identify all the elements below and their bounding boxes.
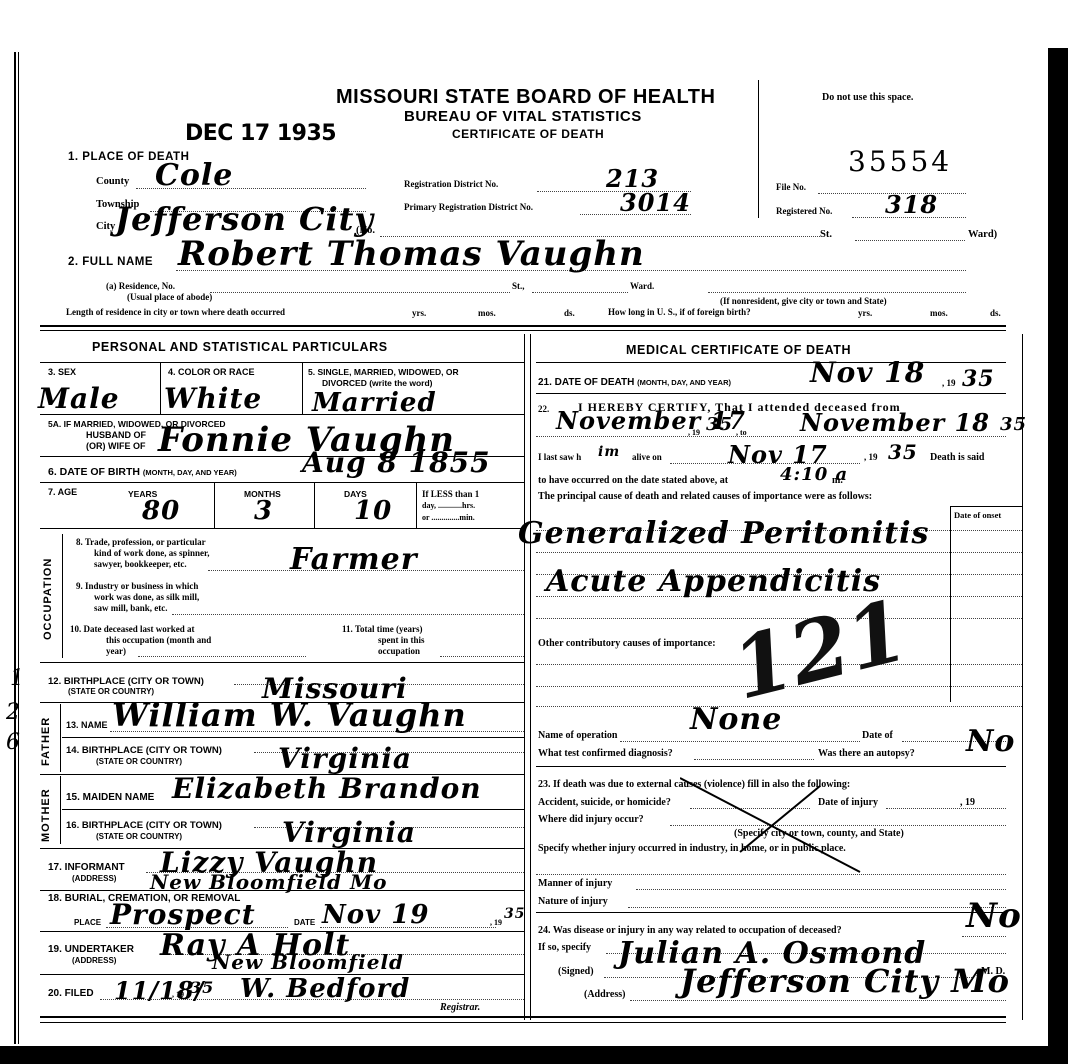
specify-location-line [536, 874, 1006, 875]
last-worked-label-3: year) [106, 646, 126, 656]
age-years-value: 80 [142, 496, 180, 526]
date-of-death-label: 21. DATE OF DEATH (MONTH, DAY, AND YEAR) [538, 377, 731, 388]
father-birthplace-label: 14. BIRTHPLACE (CITY OR TOWN) [66, 745, 222, 756]
mother-birthplace-value: Virginia [282, 816, 416, 849]
bottom-rule-2 [40, 1022, 1006, 1023]
total-time-label-3: occupation [378, 646, 420, 656]
right-border [1022, 334, 1023, 1020]
address-label: (Address) [584, 989, 625, 1000]
age-col-3 [416, 482, 417, 528]
date-of-death-value: Nov 18 [810, 356, 925, 389]
last-saw-text: I last saw h [538, 452, 581, 462]
maiden-name-label: 15. MAIDEN NAME [66, 792, 154, 803]
maiden-name-rule [62, 809, 524, 810]
to-year-value: 35 [1000, 414, 1027, 435]
form-name: CERTIFICATE OF DEATH [452, 127, 604, 141]
center-divider-right [530, 334, 531, 1020]
foreign-ds-label: ds. [990, 308, 1001, 318]
undertaker-label: 19. UNDERTAKER [48, 944, 134, 955]
accident-label: Accident, suicide, or homicide? [538, 797, 671, 808]
registration-district-label: Registration District No. [404, 179, 498, 189]
crossout-x-mark [680, 774, 910, 874]
informant-sublabel: (ADDRESS) [72, 874, 116, 883]
left-border-inner [18, 52, 19, 1044]
dod-label-sub: (MONTH, DAY, AND YEAR) [637, 378, 731, 387]
length-mos-label: mos. [478, 308, 496, 318]
external-rule [536, 912, 1006, 913]
occurred-label: to have occurred on the date stated abov… [538, 475, 728, 486]
operation-label: Name of operation [538, 730, 617, 741]
manner-of-injury-label: Manner of injury [538, 878, 612, 889]
residence-ward-label: Ward. [630, 281, 654, 291]
father-name-rule [62, 737, 524, 738]
industry-label-1: 9. Industry or business in which [76, 581, 198, 591]
trade-label-2: kind of work done, as spinner, [94, 548, 209, 558]
burial-date-label: DATE [294, 918, 315, 927]
from-19-label: , 19 [688, 428, 700, 437]
cause-line-2 [536, 552, 1022, 553]
burial-year-value: 35 [504, 906, 525, 922]
do-not-use-note: Do not use this space. [822, 92, 913, 103]
birthplace-sublabel: (STATE OR COUNTRY) [68, 687, 154, 696]
onset-label: Date of onset [954, 510, 1001, 520]
occupation-related-label: 24. Was disease or injury in any way rel… [538, 925, 842, 936]
last-worked-line [138, 656, 306, 657]
sex-value: Male [38, 382, 120, 415]
spouse-label-2: HUSBAND OF [86, 430, 146, 440]
race-marital-divider [302, 362, 303, 414]
total-time-label-2: spent in this [378, 635, 425, 645]
less-than-label-2: day, ............hrs. [422, 501, 475, 510]
undertaker-address: New Bloomfield [212, 950, 404, 974]
filed-year-value: 35 [190, 978, 214, 997]
code-stamp: 121 [723, 580, 917, 718]
father-birthplace-value: Virginia [278, 742, 412, 775]
occupation-rule [40, 662, 524, 663]
row-3-rule [40, 414, 524, 415]
county-value: Cole [155, 158, 233, 193]
contributory-label: Other contributory causes of importance: [538, 638, 716, 649]
foreign-yrs-label: yrs. [858, 308, 872, 318]
header-rule-2 [40, 330, 1006, 331]
filed-year-prefix: , 19 [172, 990, 184, 999]
age-col-2 [314, 482, 315, 528]
dod-label-main: 21. DATE OF DEATH [538, 377, 634, 388]
marital-label-1: 5. SINGLE, MARRIED, WIDOWED, OR [308, 367, 459, 377]
occupation-related-value: No [966, 896, 1022, 936]
bottom-rule [40, 1016, 1006, 1018]
foreign-birth-label: How long in U. S., if of foreign birth? [608, 307, 751, 317]
dob-label-sub: (MONTH, DAY, AND YEAR) [143, 468, 237, 477]
ward-label: Ward) [968, 229, 997, 240]
trade-label-1: 8. Trade, profession, or particular [76, 537, 206, 547]
marital-label-2: DIVORCED (write the word) [322, 378, 433, 388]
injury-year-label: , 19 [960, 797, 975, 808]
length-of-residence-label: Length of residence in city or town wher… [66, 307, 285, 317]
burial-place-value: Prospect [110, 898, 256, 931]
certify-number: 22. [538, 404, 549, 414]
trade-label-3: sawyer, bookkeeper, etc. [94, 559, 187, 569]
age-days-value: 10 [354, 496, 392, 526]
operation-value: None [690, 702, 782, 737]
age-label: 7. AGE [48, 487, 77, 497]
age-months-value: 3 [254, 496, 273, 526]
dod-rule [536, 393, 1006, 394]
causes-label: The principal cause of death and related… [538, 491, 872, 502]
city-value: Jefferson City [115, 200, 374, 238]
medical-heading: MEDICAL CERTIFICATE OF DEATH [626, 343, 851, 357]
row-7-rule [40, 528, 524, 529]
to-label: , to [736, 428, 747, 437]
residence-st-label: St., [512, 281, 525, 291]
full-name-label: 2. FULL NAME [68, 256, 153, 268]
industry-label-3: saw mill, bank, etc. [94, 603, 168, 613]
burial-date-value: Nov 19 [322, 900, 429, 930]
last-saw-pronoun: im [598, 444, 620, 460]
dob-label-main: 6. DATE OF BIRTH [48, 466, 140, 478]
registrar-label: Registrar. [440, 1002, 480, 1013]
address-line [630, 1000, 1006, 1001]
father-bar [60, 704, 61, 772]
onset-column-divider [950, 506, 951, 702]
file-no-label: File No. [776, 182, 806, 192]
foreign-mos-label: mos. [930, 308, 948, 318]
nature-line [628, 907, 1006, 908]
personal-heading: PERSONAL AND STATISTICAL PARTICULARS [92, 340, 388, 354]
operation-line [620, 741, 860, 742]
attended-to-value: November 18 [800, 408, 990, 437]
industry-line [172, 614, 524, 615]
time-suffix: m. [832, 475, 843, 486]
medical-heading-rule [536, 362, 1006, 363]
sex-race-divider [160, 362, 161, 414]
ward-line [855, 240, 965, 241]
father-birthplace-sublabel: (STATE OR COUNTRY) [96, 757, 182, 766]
less-than-label-3: or ..............min. [422, 513, 475, 522]
race-value: White [164, 382, 262, 415]
maiden-name-value: Elizabeth Brandon [172, 772, 482, 805]
father-name-label: 13. NAME [66, 720, 108, 730]
last-worked-label-2: this occupation (month and [106, 635, 211, 645]
primary-registration-value: 3014 [620, 188, 691, 217]
cause-2-value: Acute Appendicitis [546, 564, 881, 599]
row-6-rule [40, 482, 524, 483]
mother-side-label: MOTHER [40, 788, 52, 842]
residence-ward-line [532, 292, 628, 293]
county-label: County [96, 176, 129, 187]
length-yrs-label: yrs. [412, 308, 426, 318]
registered-no-value: 318 [885, 190, 938, 219]
less-than-label-1: If LESS than 1 [422, 489, 479, 499]
registered-no-label: Registered No. [776, 206, 832, 216]
residence-sublabel: (Usual place of abode) [127, 292, 212, 302]
filed-label: 20. FILED [48, 988, 94, 999]
alive-on-label: alive on [632, 452, 662, 462]
form-subtitle: BUREAU OF VITAL STATISTICS [404, 108, 642, 125]
last-saw-year-value: 35 [888, 440, 918, 464]
occupation-bar [62, 534, 63, 658]
residence-line [210, 292, 510, 293]
mother-birthplace-label: 16. BIRTHPLACE (CITY OR TOWN) [66, 820, 222, 831]
spouse-label-3: (OR) WIFE OF [86, 441, 146, 451]
cause-1-value: Generalized Peritonitis [518, 516, 929, 551]
left-border-outer [14, 52, 16, 1044]
age-col-1 [214, 482, 215, 528]
sex-label: 3. SEX [48, 367, 76, 377]
received-date-stamp: DEC 17 1935 [185, 121, 336, 146]
dob-value: Aug 8 1855 [302, 446, 491, 479]
race-label: 4. COLOR OR RACE [168, 367, 255, 377]
margin-mark-2: 2 [6, 700, 21, 725]
father-name-value: William W. Vaughn [112, 696, 467, 734]
form-title: MISSOURI STATE BOARD OF HEALTH [336, 86, 715, 109]
header-divider [758, 80, 759, 218]
undertaker-sublabel: (ADDRESS) [72, 956, 116, 965]
length-ds-label: ds. [564, 308, 575, 318]
total-time-line [440, 656, 524, 657]
informant-label: 17. INFORMANT [48, 862, 125, 873]
death-said-label: Death is said [930, 452, 984, 463]
registrar-signature: W. Bedford [240, 974, 410, 1004]
primary-registration-label: Primary Registration District No. [404, 202, 533, 212]
where-injury-label: Where did injury occur? [538, 814, 644, 825]
margin-mark-3: 6 [6, 730, 21, 755]
burial-year-prefix: , 19 [490, 918, 502, 927]
occupation-related-line [962, 936, 1006, 937]
if-so-specify-label: If so, specify [538, 942, 591, 953]
dod-year-prefix: , 19 [942, 378, 956, 388]
nature-of-injury-label: Nature of injury [538, 896, 608, 907]
test-confirmed-label: What test confirmed diagnosis? [538, 748, 673, 759]
last-saw-19-label: , 19 [864, 452, 878, 462]
mother-birthplace-sublabel: (STATE OR COUNTRY) [96, 832, 182, 841]
dod-year-value: 35 [962, 366, 995, 392]
full-name-value: Robert Thomas Vaughn [178, 234, 645, 274]
scan-edge-right [1048, 48, 1068, 1064]
onset-header-top [950, 506, 1022, 507]
father-side-label: FATHER [40, 717, 52, 766]
file-number-stamp: 35554 [848, 145, 952, 178]
occupation-side-label: OCCUPATION [42, 558, 54, 640]
mother-bar [60, 776, 61, 844]
burial-place-label: PLACE [74, 918, 101, 927]
personal-heading-rule [40, 362, 524, 363]
autopsy-value: No [966, 724, 1015, 759]
st-label: St. [820, 229, 832, 240]
total-time-label-1: 11. Total time (years) [342, 624, 423, 634]
signed-label: (Signed) [558, 966, 594, 977]
birthplace-label: 12. BIRTHPLACE (CITY OR TOWN) [48, 676, 204, 687]
test-confirmed-line [694, 759, 814, 760]
last-worked-label-1: 10. Date deceased last worked at [70, 624, 194, 634]
city-label: City [96, 221, 115, 232]
scan-edge-bottom [0, 1046, 1068, 1064]
trade-value: Farmer [290, 542, 418, 577]
industry-label-2: work was done, as silk mill, [94, 592, 199, 602]
date-of-operation-label: Date of [862, 730, 893, 741]
physician-address: Jefferson City Mo [680, 962, 1010, 1000]
autopsy-label: Was there an autopsy? [818, 748, 915, 759]
nonresident-line [708, 292, 966, 293]
residence-label: (a) Residence, No. [106, 281, 175, 291]
autopsy-rule [536, 766, 1006, 767]
last-saw-label: I last saw h [538, 452, 581, 462]
informant-rule [40, 890, 524, 891]
header-rule [40, 325, 1006, 327]
manner-line [636, 889, 1006, 890]
dob-label: 6. DATE OF BIRTH (MONTH, DAY, AND YEAR) [48, 466, 237, 478]
nonresident-note: (If nonresident, give city or town and S… [720, 296, 887, 306]
margin-mark-1: 1 [10, 666, 25, 691]
from-year-value: 35 [706, 414, 733, 435]
